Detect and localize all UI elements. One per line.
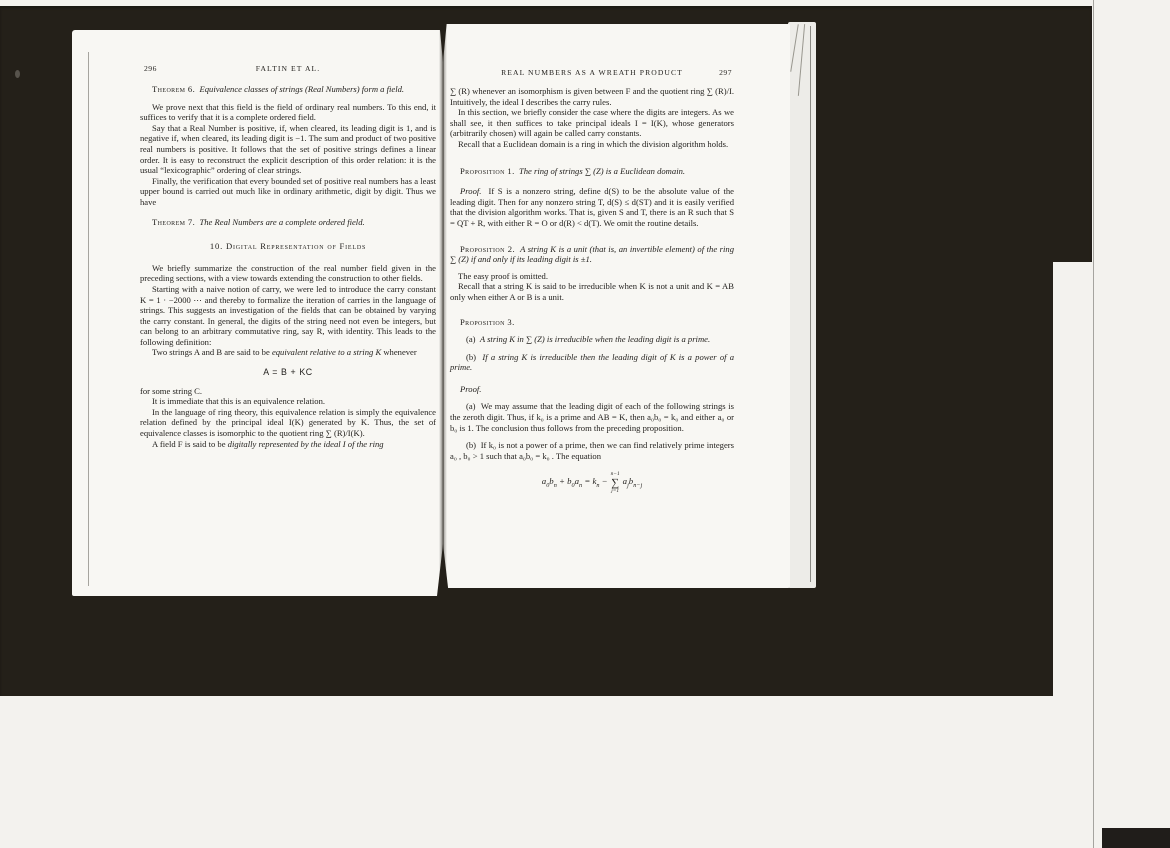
proof-3b: (b) If k₀ is not a power of a prime, the…	[450, 440, 734, 461]
proposition-2: Proposition 2. A string K is a unit (tha…	[450, 244, 734, 265]
paragraph-easy-proof: The easy proof is omitted.	[450, 271, 734, 282]
paragraph-recall-euclidean: Recall that a Euclidean domain is a ring…	[450, 139, 734, 150]
section-heading: 10. Digital Representation of Fields	[140, 241, 436, 252]
proposition-1: Proposition 1. The ring of strings ∑ (Z)…	[450, 166, 734, 177]
paragraph-starting-carry: Starting with a naive notion of carry, w…	[140, 284, 436, 348]
equation-sum: a0bn + b0an = kn − n−1 ∑ j=1 ajbn−j	[450, 472, 734, 494]
proposition-3b: (b) If a string K is irreducible then th…	[450, 352, 734, 373]
book-spine-shadow	[439, 24, 447, 590]
paragraph-this-section: In this section, we briefly consider the…	[450, 107, 734, 139]
left-running-head: 296 FALTIN ET AL.	[140, 64, 436, 75]
proposition-3a: (a) A string K in ∑ (Z) is irreducible w…	[450, 334, 734, 345]
paragraph-summarize: We briefly summarize the construction of…	[140, 263, 436, 284]
paragraph-ring-theory: In the language of ring theory, this equ…	[140, 407, 436, 439]
right-page-number: 297	[719, 68, 732, 79]
paragraph-finally: Finally, the verification that every bou…	[140, 176, 436, 208]
proof-3a: (a) We may assume that the leading digit…	[450, 401, 734, 433]
theorem-7: Theorem 7. The Real Numbers are a comple…	[140, 217, 436, 228]
spine-top-wedge	[439, 20, 447, 62]
paragraph-prove-next: We prove next that this field is the fie…	[140, 102, 436, 123]
summation-symbol: n−1 ∑ j=1	[611, 472, 620, 494]
right-running-head: REAL NUMBERS AS A WREATH PRODUCT 297	[450, 68, 734, 79]
paragraph-recall-irreducible: Recall that a string K is said to be irr…	[450, 281, 734, 302]
paragraph-field-digitally: A field F is said to be digitally repres…	[140, 439, 436, 450]
paragraph-whenever: ∑ (R) whenever an isomorphism is given b…	[450, 86, 734, 107]
left-page-margin-line	[88, 52, 89, 586]
paragraph-immediate: It is immediate that this is an equivale…	[140, 396, 436, 407]
proof-1: Proof. If S is a nonzero string, define …	[450, 186, 734, 228]
right-running-head-title: REAL NUMBERS AS A WREATH PRODUCT	[450, 68, 734, 79]
scanner-corner-shadow	[1102, 828, 1170, 848]
theorem-6: Theorem 6. Equivalence classes of string…	[140, 84, 436, 95]
spine-bottom-wedge	[437, 544, 449, 596]
paragraph-for-some-string: for some string C.	[140, 386, 436, 397]
scan-smudge-mark	[15, 70, 20, 78]
scanned-paper-spread: { "colors": { "scan_black": "#242019", "…	[0, 0, 1170, 848]
photocopy-edge-line	[1093, 0, 1094, 848]
left-running-head-title: FALTIN ET AL.	[140, 64, 436, 75]
right-page-fore-edge	[788, 22, 816, 588]
right-page-text-block: REAL NUMBERS AS A WREATH PRODUCT 297 ∑ (…	[450, 68, 734, 494]
left-page-text-block: 296 FALTIN ET AL. Theorem 6. Equivalence…	[140, 64, 436, 449]
equation-abkc: A = B + KC	[140, 367, 436, 378]
equation-sum-post: ajbn−j	[623, 476, 643, 491]
equation-sum-pre: a0bn + b0an = kn −	[542, 476, 608, 491]
paragraph-say-positive: Say that a Real Number is positive, if, …	[140, 123, 436, 176]
proposition-3: Proposition 3.	[450, 317, 734, 328]
definition-paragraph: Two strings A and B are said to be equiv…	[140, 347, 436, 358]
proof-3-label: Proof.	[450, 384, 734, 395]
page-edge-line	[810, 26, 811, 582]
scan-background-step	[1053, 262, 1092, 696]
